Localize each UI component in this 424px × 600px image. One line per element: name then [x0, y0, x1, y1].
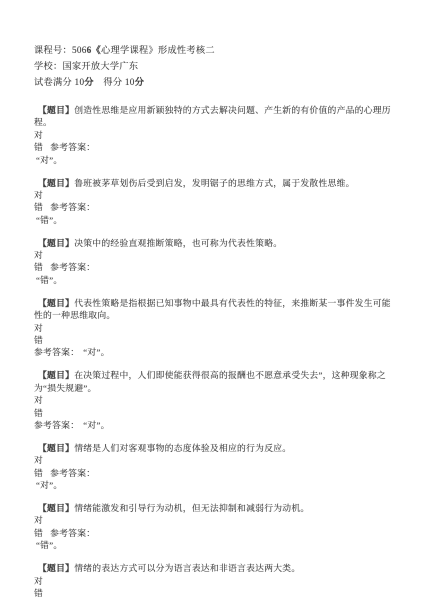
- option-false: 错: [34, 528, 43, 538]
- school-line: 学校：国家开放大学广东: [34, 58, 394, 74]
- question-text: 代表性策略是指根据已知事物中最具有代表性的特征，来推断某一事件发生可能性的一种思…: [34, 298, 391, 320]
- option-true: 对: [34, 514, 394, 526]
- answer-value: “对”。: [34, 154, 394, 166]
- obtained-score-unit: 分: [135, 77, 145, 87]
- question-tag: 【题目】: [38, 178, 74, 188]
- question-block-1: 【题目】创造性思维是应用新颖独特的方式去解决问题、产生新的有价值的产品的心理历程…: [34, 104, 394, 166]
- answer-value: “错”。: [34, 274, 394, 286]
- option-true: 对: [34, 575, 394, 587]
- option-false: 错: [34, 334, 394, 346]
- question-title: 【题目】情绪是人们对客观事物的态度体验及相应的行为反应。: [34, 442, 394, 454]
- option-false: 错: [34, 587, 394, 599]
- question-block-5: 【题目】在决策过程中，人们即使能获得很高的报酬也不愿意承受失去”，这种现象称之为…: [34, 369, 394, 431]
- answer-value: “对”。: [83, 420, 109, 430]
- question-tag: 【题目】: [38, 105, 74, 115]
- option-false-row: 错参考答案：: [34, 141, 394, 153]
- answer-row: 参考答案：“对”。: [34, 419, 394, 431]
- exam-document-page: 课程号：5066《心理学课程》形成性考核二 学校：国家开放大学广东 试卷满分 1…: [0, 0, 424, 600]
- question-tag: 【题目】: [38, 370, 74, 380]
- option-false: 错: [34, 202, 43, 212]
- question-block-2: 【题目】鲁班被茅草划伤后受到启发，发明锯子的思维方式，属于发散性思维。 对 错参…: [34, 177, 394, 227]
- question-text: 情绪是人们对客观事物的态度体验及相应的行为反应。: [74, 443, 291, 453]
- option-true: 对: [34, 249, 394, 261]
- option-false: 错: [34, 468, 43, 478]
- answer-value: “错”。: [34, 539, 394, 551]
- answer-label: 参考答案：: [50, 142, 95, 152]
- option-false: 错: [34, 142, 43, 152]
- option-false-row: 错参考答案：: [34, 527, 394, 539]
- question-tag: 【题目】: [38, 238, 74, 248]
- question-text: 决策中的经验直观推断策略，也可称为代表性策略。: [74, 238, 282, 248]
- option-true: 对: [34, 189, 394, 201]
- full-score-label: 试卷满分 10: [34, 77, 84, 87]
- document-header: 课程号：5066《心理学课程》形成性考核二 学校：国家开放大学广东 试卷满分 1…: [34, 42, 394, 90]
- course-number-line: 课程号：5066《心理学课程》形成性考核二: [34, 42, 394, 58]
- option-true: 对: [34, 454, 394, 466]
- full-score-unit: 分: [84, 77, 94, 87]
- option-false-row: 错参考答案：: [34, 261, 394, 273]
- option-true: 对: [34, 394, 394, 406]
- answer-value: “错”。: [34, 214, 394, 226]
- option-false: 错: [34, 407, 394, 419]
- answer-label: 参考答案：: [50, 528, 95, 538]
- question-text: 情绪能激发和引导行为动机，但无法抑制和减弱行为动机。: [74, 503, 309, 513]
- question-tag: 【题目】: [38, 298, 74, 308]
- answer-value: “对”。: [34, 479, 394, 491]
- question-tag: 【题目】: [38, 443, 74, 453]
- answer-value: “对”。: [83, 347, 109, 357]
- course-number-suffix: 心理学课程》形成性考核二: [101, 45, 215, 55]
- question-block-6: 【题目】情绪是人们对客观事物的态度体验及相应的行为反应。 对 错参考答案： “对…: [34, 442, 394, 492]
- option-true: 对: [34, 322, 394, 334]
- answer-label: 参考答案：: [34, 420, 79, 430]
- option-false: 错: [34, 262, 43, 272]
- question-text: 创造性思维是应用新颖独特的方式去解决问题、产生新的有价值的产品的心理历程。: [34, 105, 391, 127]
- answer-row: 参考答案：“对”。: [34, 346, 394, 358]
- question-block-3: 【题目】决策中的经验直观推断策略，也可称为代表性策略。 对 错参考答案： “错”…: [34, 237, 394, 287]
- question-title: 【题目】在决策过程中，人们即使能获得很高的报酬也不愿意承受失去”，这种现象称之为…: [34, 369, 394, 394]
- question-text: 鲁班被茅草划伤后受到启发，发明锯子的思维方式，属于发散性思维。: [74, 178, 354, 188]
- question-title: 【题目】创造性思维是应用新颖独特的方式去解决问题、产生新的有价值的产品的心理历程…: [34, 104, 394, 129]
- option-false-row: 错参考答案：: [34, 201, 394, 213]
- question-title: 【题目】代表性策略是指根据已知事物中最具有代表性的特征，来推断某一事件发生可能性…: [34, 297, 394, 322]
- question-block-4: 【题目】代表性策略是指根据已知事物中最具有代表性的特征，来推断某一事件发生可能性…: [34, 297, 394, 359]
- question-block-8: 【题目】情绪的表达方式可以分为语言表达和非语言表达两大类。 对 错: [34, 562, 394, 599]
- answer-label: 参考答案：: [50, 262, 95, 272]
- answer-label: 参考答案：: [50, 468, 95, 478]
- question-title: 【题目】鲁班被茅草划伤后受到启发，发明锯子的思维方式，属于发散性思维。: [34, 177, 394, 189]
- course-number-bold: 6《: [87, 45, 101, 55]
- answer-label: 参考答案：: [50, 202, 95, 212]
- answer-label: 参考答案：: [34, 347, 79, 357]
- question-text: 在决策过程中，人们即使能获得很高的报酬也不愿意承受失去”，这种现象称之为“损失规…: [34, 370, 386, 392]
- question-text: 情绪的表达方式可以分为语言表达和非语言表达两大类。: [74, 563, 300, 573]
- question-title: 【题目】情绪的表达方式可以分为语言表达和非语言表达两大类。: [34, 562, 394, 574]
- course-number-prefix: 课程号：506: [34, 45, 87, 55]
- option-true: 对: [34, 129, 394, 141]
- question-title: 【题目】决策中的经验直观推断策略，也可称为代表性策略。: [34, 237, 394, 249]
- question-tag: 【题目】: [38, 503, 74, 513]
- option-false-row: 错参考答案：: [34, 467, 394, 479]
- question-block-7: 【题目】情绪能激发和引导行为动机，但无法抑制和减弱行为动机。 对 错参考答案： …: [34, 502, 394, 552]
- question-tag: 【题目】: [38, 563, 74, 573]
- score-line: 试卷满分 10分 得分 10分: [34, 74, 394, 90]
- question-title: 【题目】情绪能激发和引导行为动机，但无法抑制和减弱行为动机。: [34, 502, 394, 514]
- obtained-score-label: 得分 10: [94, 77, 135, 87]
